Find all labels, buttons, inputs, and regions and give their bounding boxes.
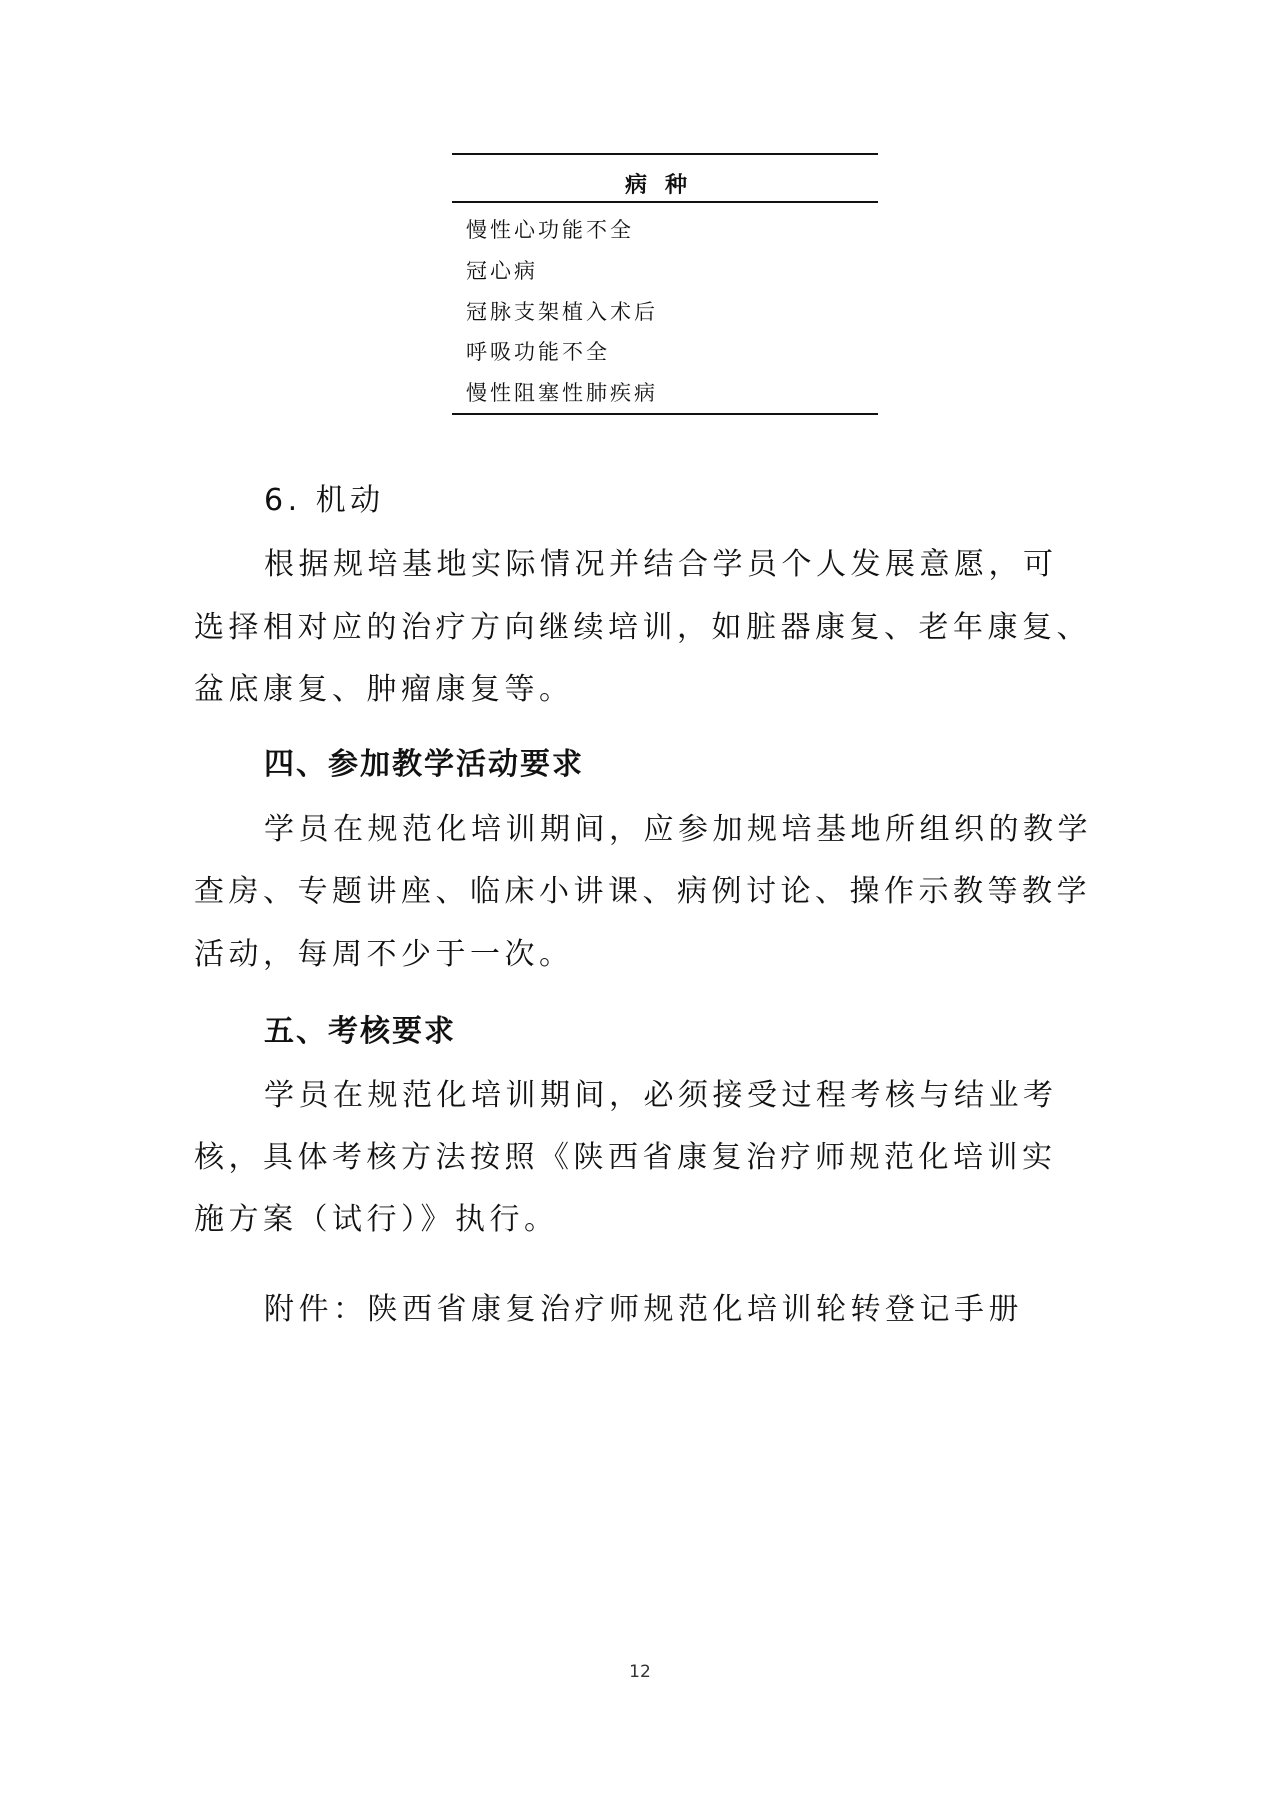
paragraph-line: 选择相对应的治疗方向继续培训，如脏器康复、老年康复、 xyxy=(194,610,1091,646)
paragraph-line: 核，具体考核方法按照《陕西省康复治疗师规范化培训实 xyxy=(194,1140,1057,1176)
section-6-title: 6. 机动 xyxy=(264,483,385,519)
table-header-rule xyxy=(452,201,878,203)
paragraph-line: 查房、专题讲座、临床小讲课、病例讨论、操作示教等教学 xyxy=(194,874,1091,910)
table-bottom-rule xyxy=(452,413,878,415)
paragraph-line: 学员在规范化培训期间，必须接受过程考核与结业考 xyxy=(264,1078,1058,1114)
paragraph-line: 盆底康复、肿瘤康复等。 xyxy=(194,672,574,708)
table-row: 冠脉支架植入术后 xyxy=(466,296,658,326)
section-5-heading: 五、考核要求 xyxy=(264,1014,456,1050)
page-number: 12 xyxy=(0,1662,1280,1682)
attachment-note: 附件：陕西省康复治疗师规范化培训轮转登记手册 xyxy=(264,1292,1023,1328)
paragraph-line: 活动，每周不少于一次。 xyxy=(194,937,574,973)
section-4-heading: 四、参加教学活动要求 xyxy=(264,747,584,783)
table-row: 慢性阻塞性肺疾病 xyxy=(466,377,658,407)
table-row: 慢性心功能不全 xyxy=(466,214,634,244)
table-row: 冠心病 xyxy=(466,255,538,285)
paragraph-line: 施方案（试行）》执行。 xyxy=(194,1202,559,1238)
paragraph-line: 根据规培基地实际情况并结合学员个人发展意愿，可 xyxy=(264,547,1058,583)
table-row: 呼吸功能不全 xyxy=(466,336,610,366)
table-top-rule xyxy=(452,153,878,155)
table-header: 病种 xyxy=(452,168,878,199)
paragraph-line: 学员在规范化培训期间，应参加规培基地所组织的教学 xyxy=(264,812,1092,848)
